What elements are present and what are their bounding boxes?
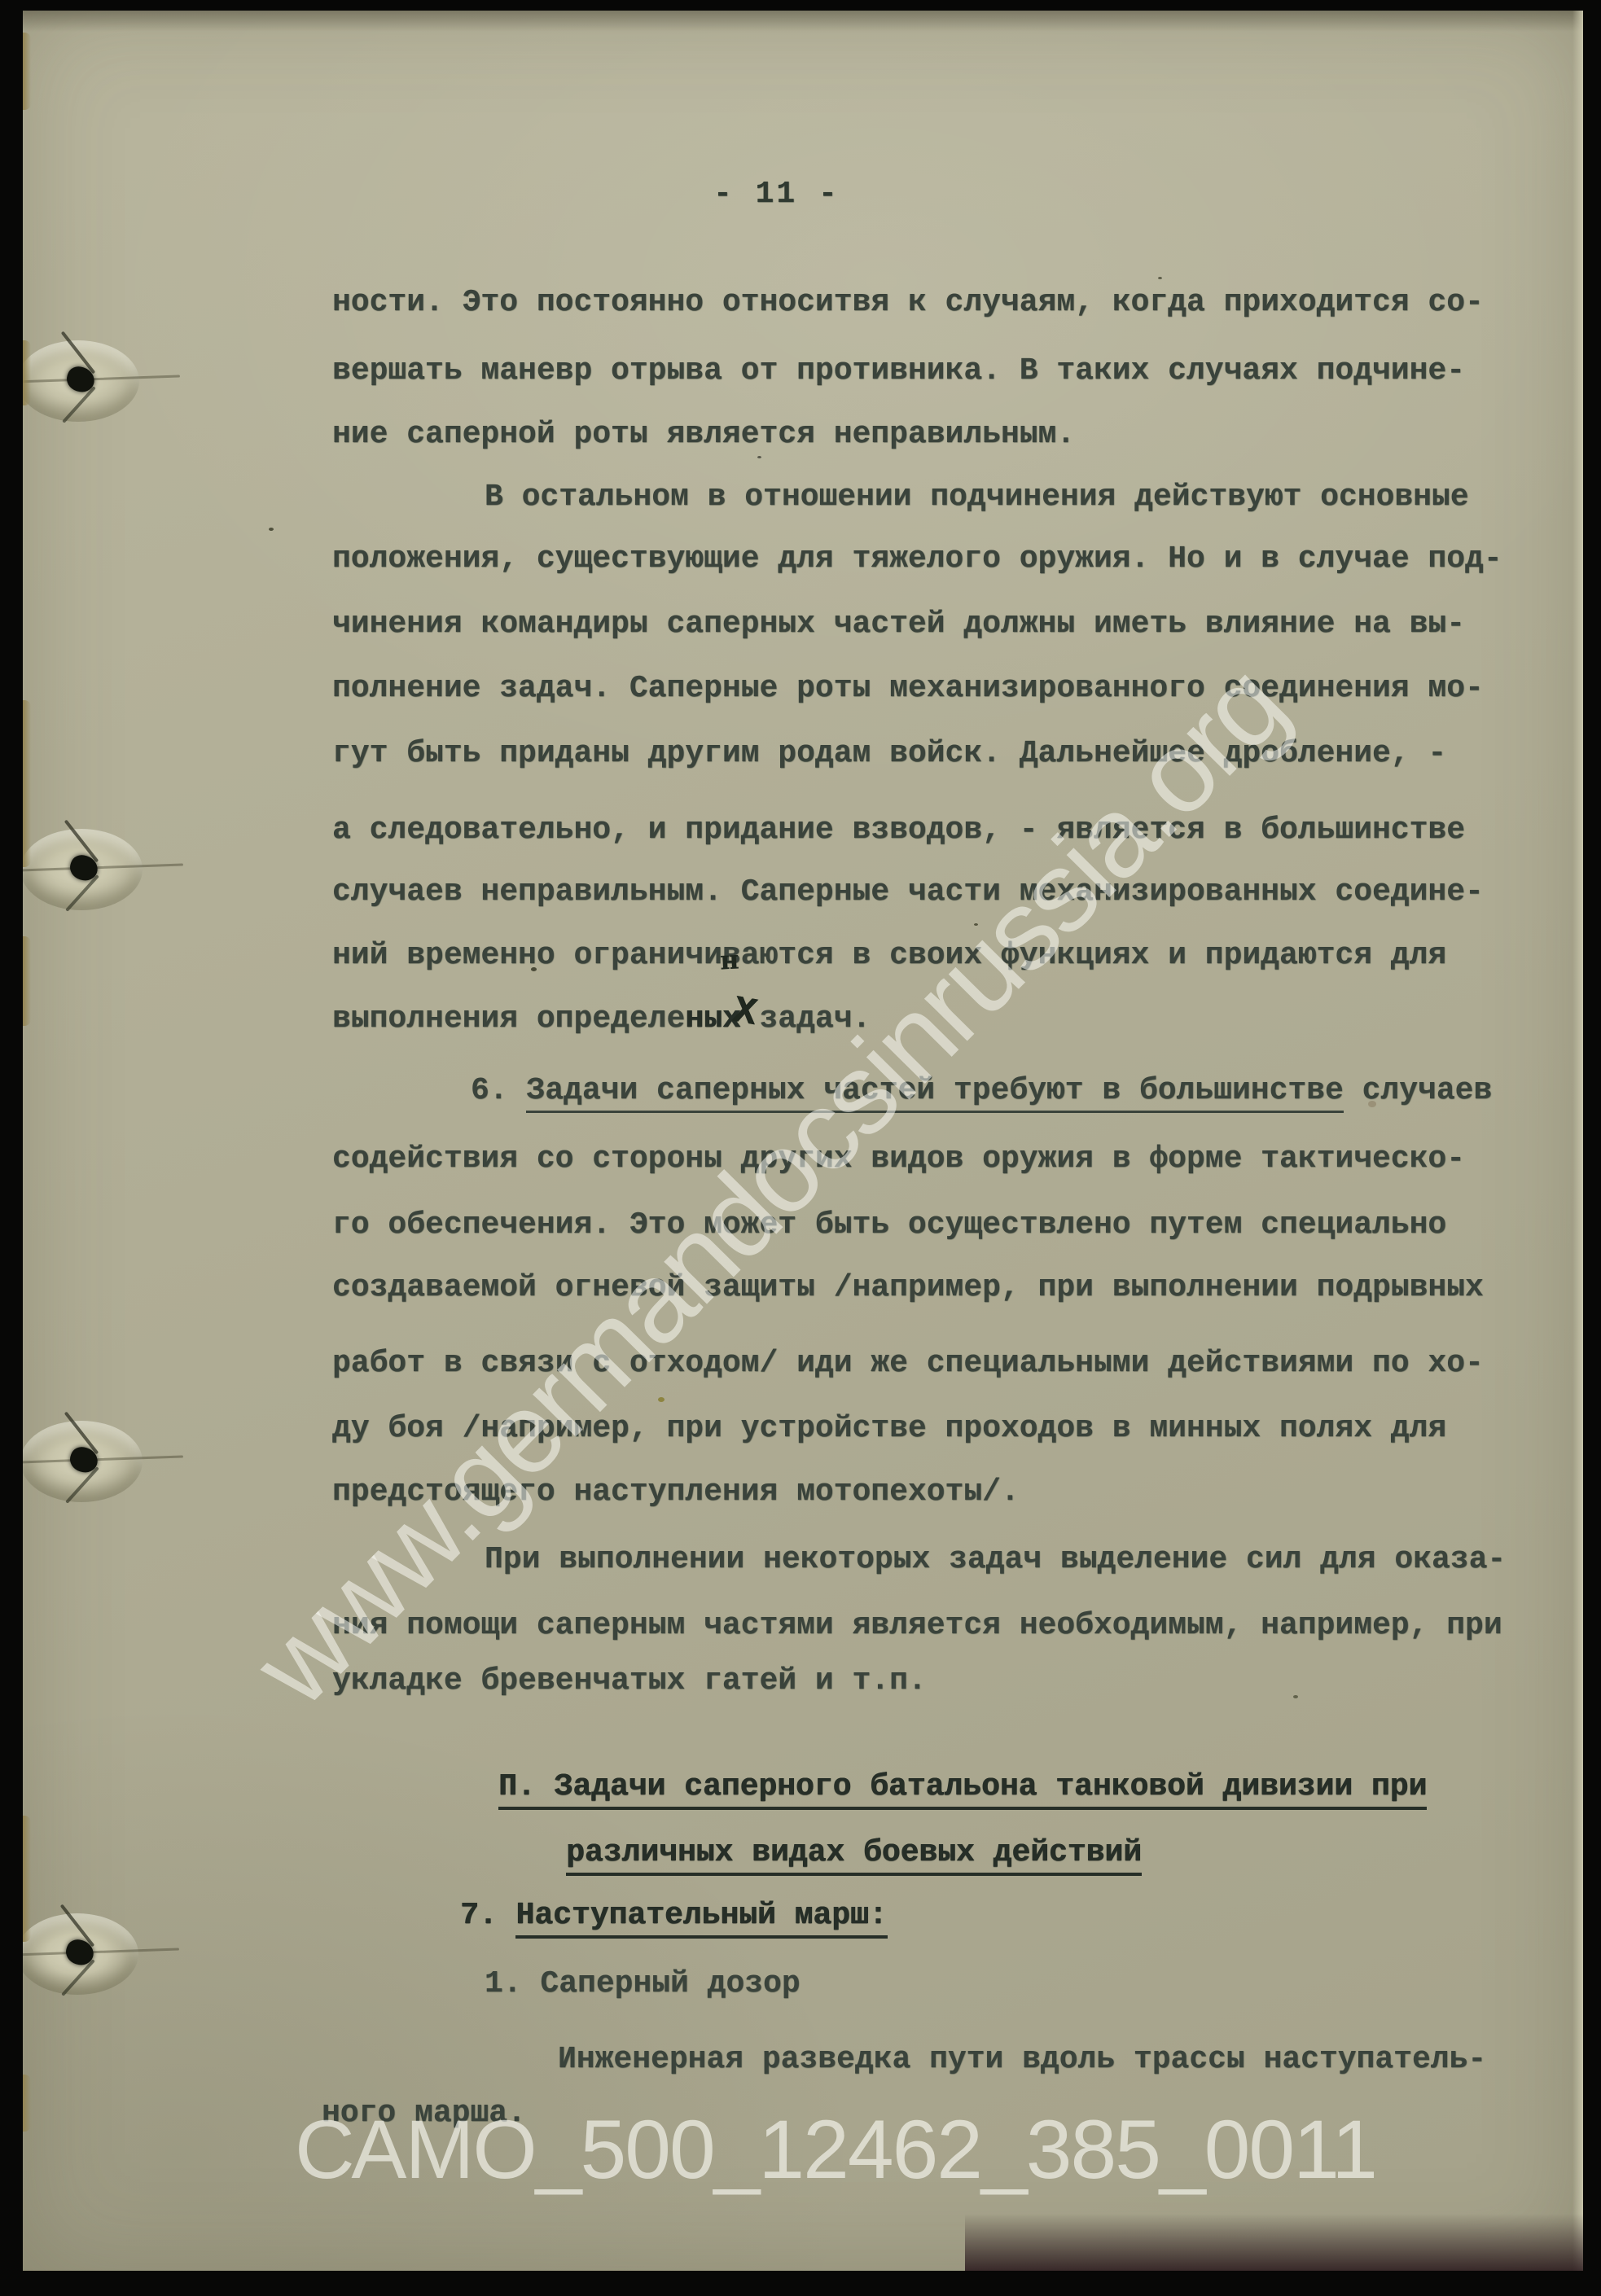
typed-text-segment: предстоящего наступления мотопехоты/. — [332, 1474, 1020, 1509]
typed-line: укладке бревенчатых гатей и т.п. — [332, 1659, 927, 1703]
handwritten-insert-n: н — [719, 944, 739, 975]
typed-text-segment: содействия со стороны других видов оружи… — [332, 1141, 1465, 1176]
typed-text-segment: ного марша. — [322, 2096, 526, 2131]
typed-text-segment: При выполнении некоторых задач выделение… — [485, 1542, 1506, 1577]
typed-text-segment: создаваемой огневой защиты /например, пр… — [332, 1270, 1484, 1305]
typed-text-segment: гут быть приданы другим родам войск. Дал… — [332, 736, 1446, 771]
typed-text-segment: вершать маневр отрыва от противника. В т… — [332, 353, 1465, 388]
paper-speck — [1293, 1695, 1298, 1698]
typed-line: выполнения определеных задач. — [332, 997, 871, 1041]
typed-text-segment: задач. — [741, 1001, 871, 1036]
typed-line: 7. Наступательный марш: — [460, 1894, 888, 1938]
typed-text-segment: выполнения определе — [332, 1001, 685, 1036]
paper-top-edge-shadow — [23, 11, 1584, 32]
paper-speck — [1368, 1101, 1376, 1107]
paper-speck — [531, 967, 537, 971]
typed-text-segment: случаев — [1344, 1073, 1492, 1108]
scan-border-right — [1583, 0, 1601, 2296]
paper-speck — [974, 923, 978, 926]
typed-text-segment: ний временно ограничиваются в своих функ… — [332, 938, 1446, 973]
typed-line: ного марша. — [322, 2092, 526, 2136]
paper-speck — [757, 456, 761, 458]
typed-line: ду боя /например, при устройстве проходо… — [332, 1407, 1446, 1451]
typed-text-segment: работ в связи с отходом/ иди же специаль… — [332, 1346, 1484, 1381]
typed-line: гут быть приданы другим родам войск. Дал… — [332, 732, 1446, 776]
typed-text-segment: 7. — [460, 1898, 515, 1933]
typed-line: В остальном в отношении подчинения дейст… — [485, 475, 1469, 519]
typed-text-segment: 6. — [471, 1073, 526, 1108]
typed-text-segment: ние саперной роты является неправильным. — [332, 417, 1075, 452]
typed-line: При выполнении некоторых задач выделение… — [485, 1538, 1506, 1582]
page-number: - 11 - — [713, 173, 840, 217]
typed-line: содействия со стороны других видов оружи… — [332, 1137, 1465, 1181]
typed-text-segment: - 11 - — [713, 177, 840, 212]
typed-text-segment: П. Задачи саперного батальона танковой д… — [498, 1769, 1427, 1810]
typed-text-segment: положения, существующие для тяжелого ору… — [332, 541, 1502, 576]
typed-text-segment: Задачи саперных частей требуют в большин… — [526, 1073, 1343, 1113]
typed-line: предстоящего наступления мотопехоты/. — [332, 1470, 1020, 1514]
typed-text-segment: а следовательно, и придание взводов, - я… — [332, 813, 1465, 848]
typed-line: вершать маневр отрыва от противника. В т… — [332, 349, 1465, 393]
typed-text-segment: Инженерная разведка пути вдоль трассы на… — [558, 2042, 1486, 2077]
typed-text-segment: различных видах боевых действий — [566, 1835, 1142, 1876]
typed-text-segment: В остальном в отношении подчинения дейст… — [485, 480, 1469, 515]
paper-speck — [1158, 277, 1162, 279]
paper-speck — [269, 528, 274, 531]
typed-line: 6. Задачи саперных частей требуют в боль… — [471, 1069, 1492, 1113]
typed-text-segment: ности. Это постоянно относитвя к случаям… — [332, 285, 1484, 320]
scan-border-left — [0, 0, 23, 2296]
typed-line: П. Задачи саперного батальона танковой д… — [498, 1765, 1427, 1809]
typed-line: случаев неправильным. Саперные части мех… — [332, 870, 1484, 914]
typed-line: положения, существующие для тяжелого ору… — [332, 537, 1502, 581]
typed-line: ний временно ограничиваются в своих функ… — [332, 934, 1446, 978]
typed-text-segment: чинения командиры саперных частей должны… — [332, 607, 1465, 642]
typed-line: создаваемой огневой защиты /например, пр… — [332, 1266, 1484, 1310]
typed-line: 1. Саперный дозор — [485, 1962, 800, 2006]
typed-line: ние саперной роты является неправильным. — [332, 413, 1075, 457]
typed-text-segment: случаев неправильным. Саперные части мех… — [332, 874, 1484, 909]
typed-line: чинения командиры саперных частей должны… — [332, 602, 1465, 646]
scan-border-bottom — [0, 2271, 1601, 2296]
typed-line: го обеспечения. Это может быть осуществл… — [332, 1203, 1446, 1247]
typed-line: а следовательно, и придание взводов, - я… — [332, 808, 1465, 852]
scanned-document-page: - 11 -ности. Это постоянно относитвя к с… — [0, 0, 1601, 2296]
typed-text-segment: ду боя /например, при устройстве проходо… — [332, 1411, 1446, 1446]
paper-right-cut-edge — [1572, 11, 1584, 2271]
typed-text-segment: полнение задач. Саперные роты механизиро… — [332, 671, 1484, 706]
paper-speck — [658, 1397, 665, 1402]
typed-line: ности. Это постоянно относитвя к случаям… — [332, 281, 1484, 325]
typed-line: полнение задач. Саперные роты механизиро… — [332, 667, 1484, 711]
typed-line: Инженерная разведка пути вдоль трассы на… — [558, 2038, 1486, 2082]
typed-line: работ в связи с отходом/ иди же специаль… — [332, 1342, 1484, 1386]
typed-text-segment: ния помощи саперным частями является нео… — [332, 1608, 1502, 1643]
bottom-right-corner-tint — [965, 2214, 1584, 2271]
typed-line: различных видах боевых действий — [566, 1831, 1142, 1875]
typed-text-segment: го обеспечения. Это может быть осуществл… — [332, 1207, 1446, 1242]
punch-hole — [8, 1409, 155, 1514]
typed-text-segment: Наступательный марш: — [515, 1898, 887, 1939]
scan-border-top — [0, 0, 1601, 11]
typed-line: ния помощи саперным частями является нео… — [332, 1604, 1502, 1648]
typed-text-segment: укладке бревенчатых гатей и т.п. — [332, 1663, 927, 1698]
typed-text-segment: 1. Саперный дозор — [485, 1966, 800, 2001]
